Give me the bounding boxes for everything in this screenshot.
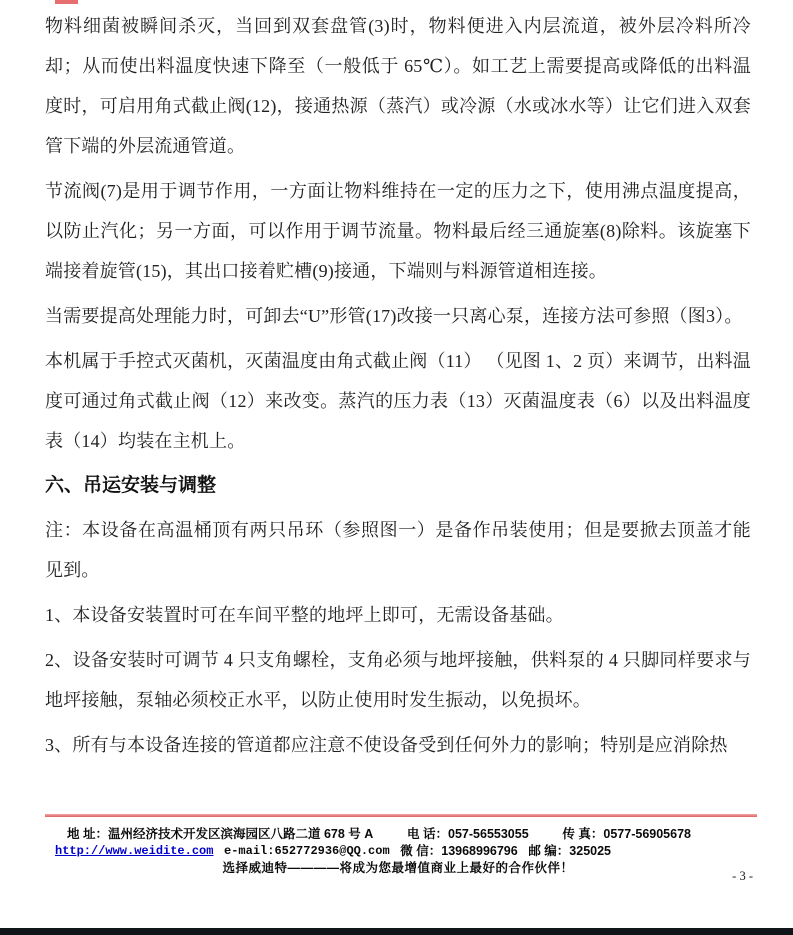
page-footer: 地 址：温州经济技术开发区滨海园区八路二道 678 号 A 电 话：057-56…: [45, 824, 751, 877]
footer-contact-row-1: 地 址：温州经济技术开发区滨海园区八路二道 678 号 A 电 话：057-56…: [45, 824, 751, 842]
footer-postcode: 邮 编：325025: [528, 843, 611, 859]
section-heading-installation: 六、吊运安装与调整: [45, 466, 751, 506]
note-paragraph: 注：本设备在高温桶顶有两只吊环（参照图一）是备作吊装使用；但是要掀去顶盖才能见到…: [45, 510, 751, 590]
footer-fax: 传 真：0577-56905678: [562, 826, 691, 842]
document-body: 物料细菌被瞬间杀灭，当回到双套盘管(3)时，物料便进入内层流道，被外层冷料所冷却…: [45, 6, 751, 770]
paragraph-manual-sterilizer: 本机属于手控式灭菌机，灭菌温度由角式截止阀（11） （见图 1、2 页）来调节，…: [45, 341, 751, 461]
list-item-3: 3、所有与本设备连接的管道都应注意不使设备受到任何外力的影响；特别是应消除热: [45, 725, 751, 765]
footer-contact-row-2: http://www.weidite.com e-mail:652772936@…: [45, 842, 751, 859]
footer-separator-line: [45, 814, 757, 817]
footer-address: 地 址：温州经济技术开发区滨海园区八路二道 678 号 A: [67, 826, 373, 842]
paragraph-throttle-valve: 节流阀(7)是用于调节作用，一方面让物料维持在一定的压力之下，使用沸点温度提高，…: [45, 171, 751, 291]
top-scan-artifact: [55, 0, 78, 4]
page-number: - 3 -: [732, 869, 753, 884]
footer-slogan: 选择威迪特————将成为您最增值商业上最好的合作伙伴！: [45, 859, 751, 877]
bottom-scan-edge: [0, 928, 793, 935]
list-item-1: 1、本设备安装置时可在车间平整的地坪上即可，无需设备基础。: [45, 595, 751, 635]
footer-website-link[interactable]: http://www.weidite.com: [55, 843, 213, 859]
footer-wechat: 微 信：13968996796: [400, 843, 517, 859]
list-item-2: 2、设备安装时可调节 4 只支角螺栓，支角必须与地坪接触，供料泵的 4 只脚同样…: [45, 640, 751, 720]
footer-email: e-mail:652772936@QQ.com: [224, 843, 390, 859]
paragraph-u-pipe: 当需要提高处理能力时，可卸去“U”形管(17)改接一只离心泵，连接方法可参照（图…: [45, 296, 751, 336]
footer-phone: 电 话：057-56553055: [407, 826, 529, 842]
paragraph-cooling: 物料细菌被瞬间杀灭，当回到双套盘管(3)时，物料便进入内层流道，被外层冷料所冷却…: [45, 6, 751, 166]
